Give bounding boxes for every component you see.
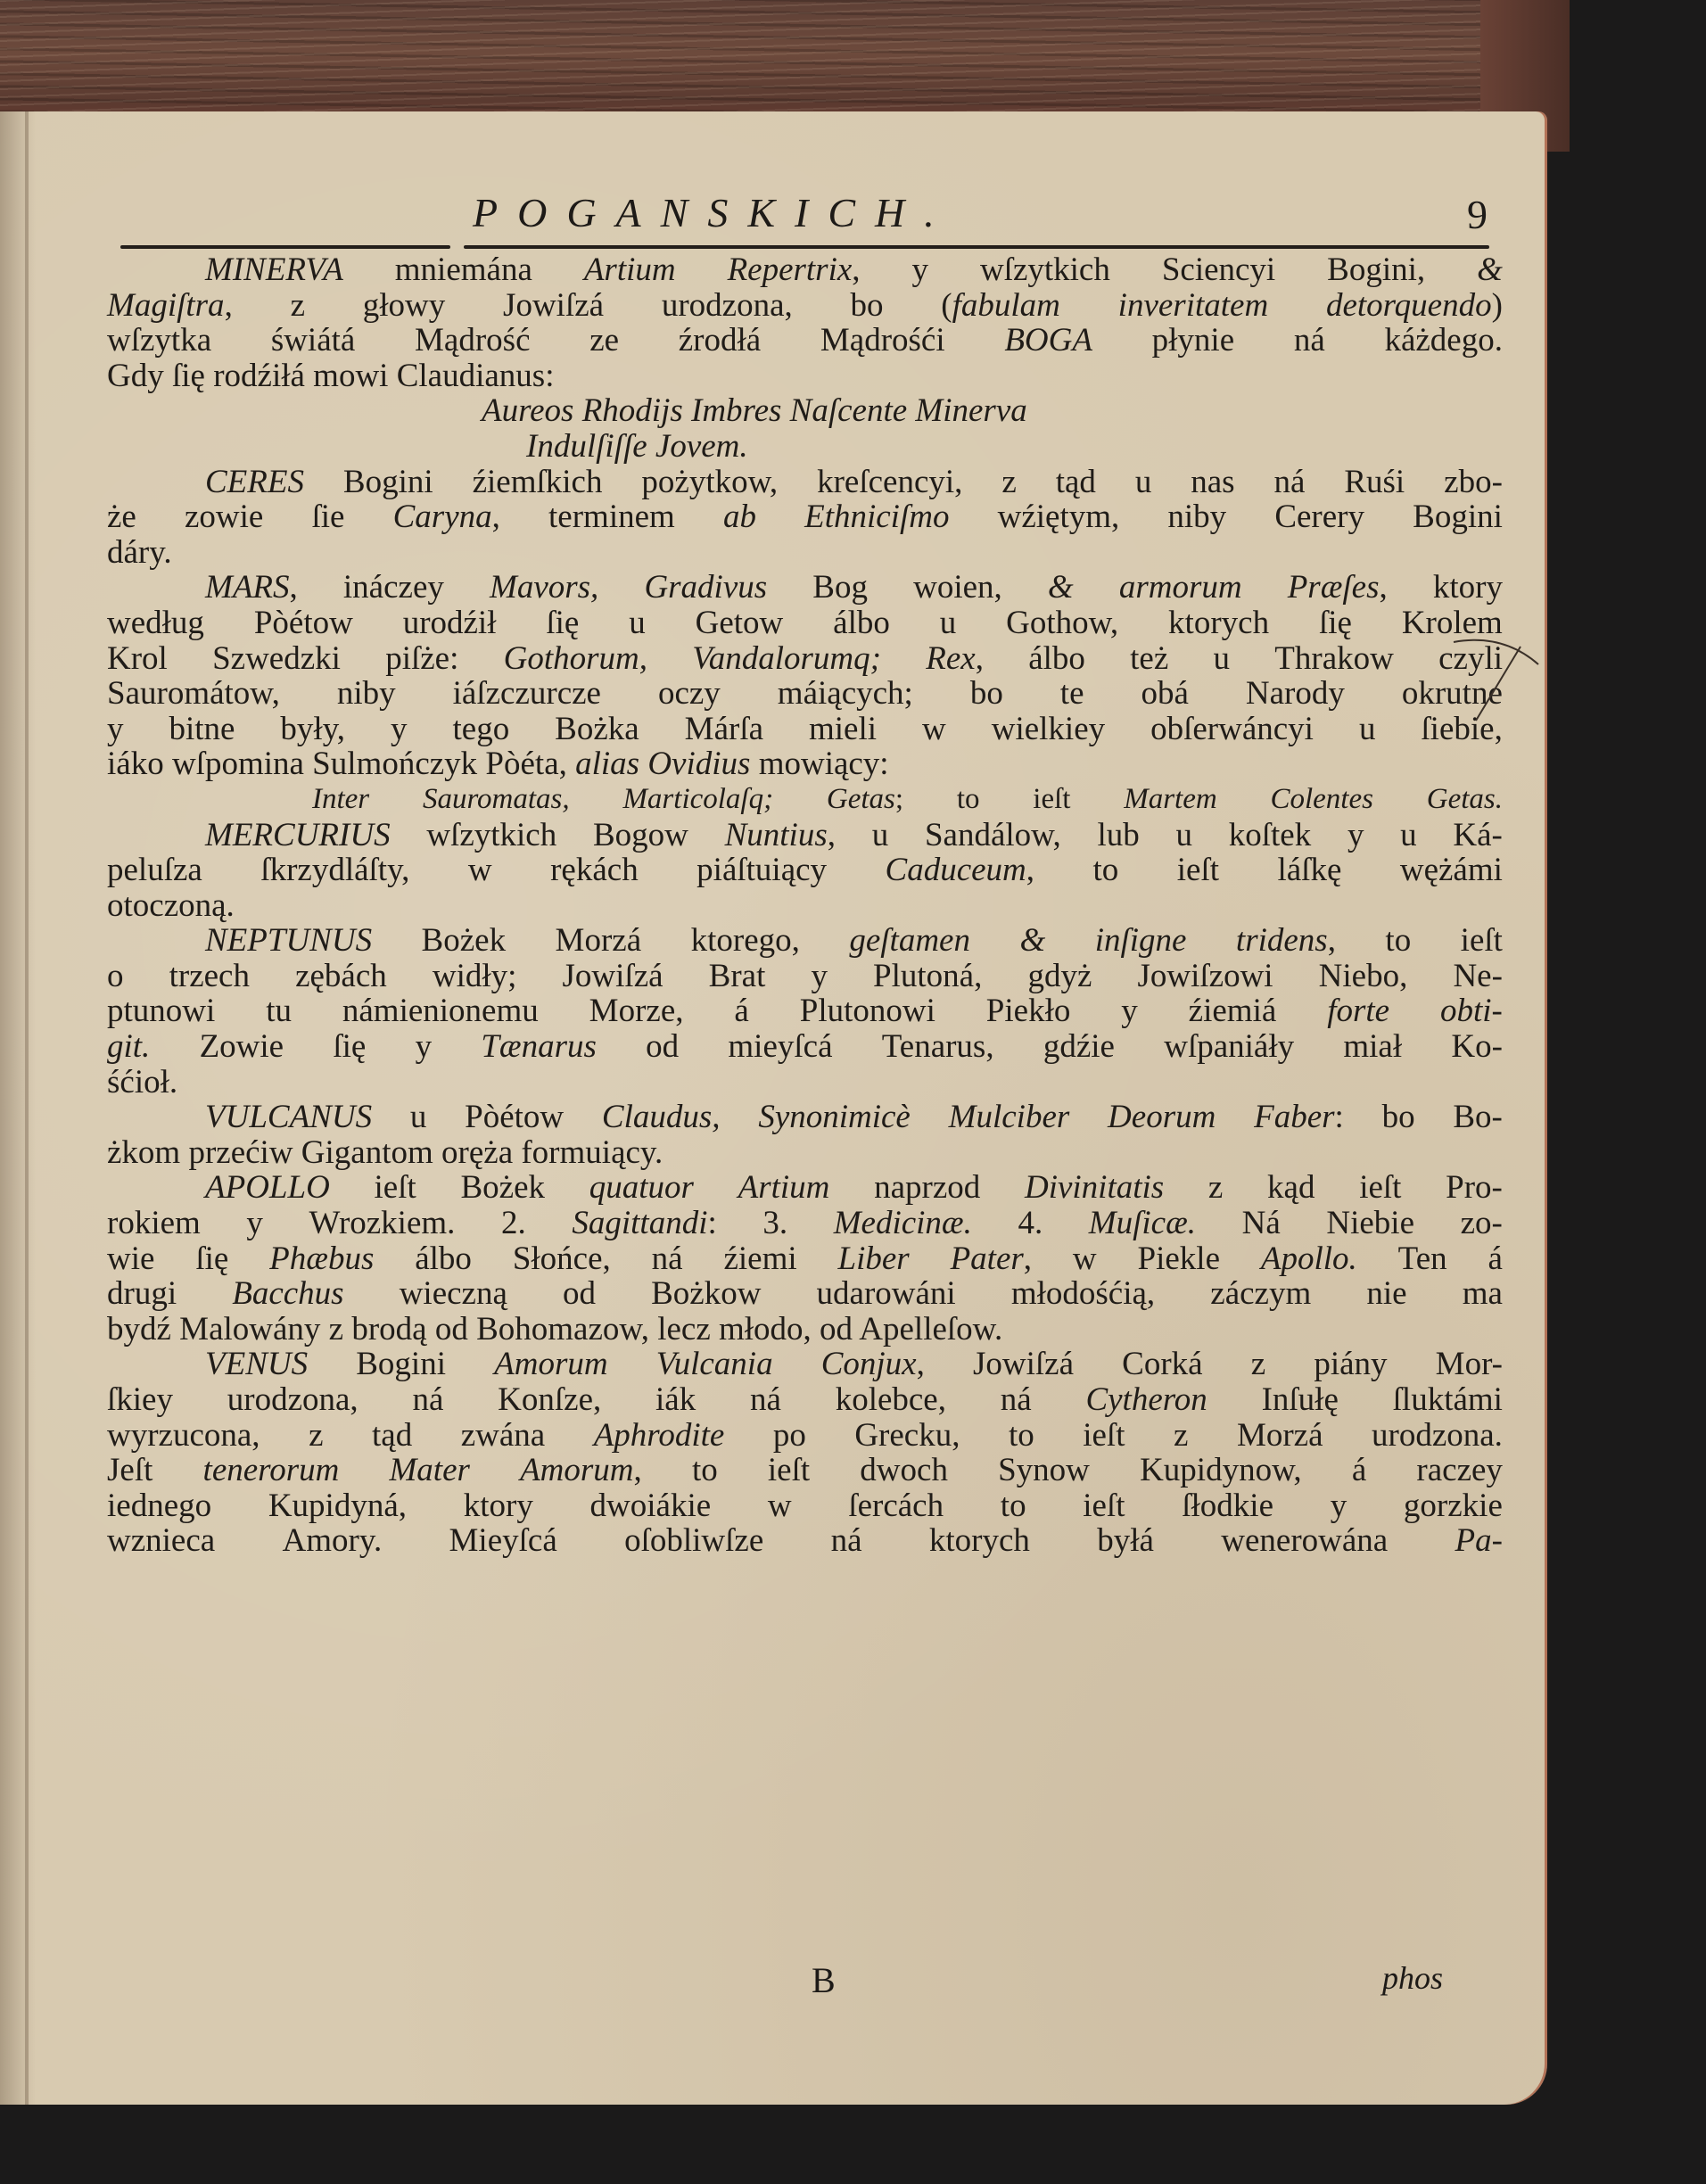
- word: Artium: [584, 252, 676, 288]
- word: gdyż: [1027, 959, 1092, 994]
- word: armorum: [1119, 570, 1242, 606]
- word: y: [1121, 993, 1138, 1029]
- word: námienionemu: [342, 993, 539, 1029]
- polish-text: żkom przećiw Gigantom oręża formuiący.: [107, 1135, 663, 1171]
- page-gutter-shadow: [0, 111, 36, 2105]
- word: y: [1331, 1488, 1347, 1524]
- text-line: Aureos Rhodijs Imbres Naſcente Minerva: [107, 393, 1503, 429]
- word: MINERVA: [205, 252, 343, 288]
- word: 3.: [762, 1206, 787, 1241]
- word: Caduceum,: [886, 853, 1035, 888]
- text-line: otrzechzębáchwidły;JowiſzáBratyPlutoná,g…: [107, 959, 1503, 994]
- word: Bożka: [555, 712, 639, 747]
- word: Ethniciſmo: [804, 499, 949, 535]
- word: Grecku,: [854, 1418, 960, 1454]
- word: Mavors,: [490, 570, 598, 606]
- text-line: Indulſiſſe Jovem.: [107, 429, 1503, 465]
- word: Jowiſzá: [563, 959, 663, 994]
- word: detorquendo): [1326, 288, 1503, 324]
- page-gutter-fold: [25, 111, 29, 2105]
- word: peluſza: [107, 853, 202, 888]
- text-line: śćioł.: [107, 1065, 1503, 1100]
- text-line: MERCURIUSwſzytkichBogowNuntius,uSandálow…: [107, 818, 1503, 853]
- word: iák: [655, 1382, 696, 1418]
- word: Konſze,: [498, 1382, 601, 1418]
- text-line: żkom przećiw Gigantom oręża formuiący.: [107, 1135, 1503, 1171]
- text-line: VULCANUSuPòétowClaudus,SynonimicèMulcibe…: [107, 1100, 1503, 1135]
- word: Niebo,: [1319, 959, 1408, 994]
- word: kąd: [1267, 1170, 1315, 1206]
- word: w: [1073, 1241, 1097, 1277]
- word: Conjux,: [821, 1347, 925, 1382]
- text-line: ybitnebyły,ytegoBożkaMárſamieliwwielkiey…: [107, 712, 1503, 747]
- word: Piekło: [986, 993, 1071, 1029]
- word: tridens,: [1236, 923, 1336, 959]
- word: Zowie: [200, 1029, 284, 1065]
- word: obá: [1141, 676, 1188, 712]
- word: wznieca: [107, 1523, 215, 1559]
- word: Inſułę: [1262, 1382, 1339, 1418]
- word: u: [872, 818, 889, 853]
- text-line: Magiſtra,zgłowyJowiſzáurodzona,bo(fabula…: [107, 288, 1503, 324]
- word: te: [1060, 676, 1084, 712]
- word: miał: [1343, 1029, 1402, 1065]
- word: z: [1001, 465, 1016, 500]
- word: wźiętym,: [998, 499, 1120, 535]
- word: u: [629, 606, 646, 641]
- word: Pòétow: [465, 1100, 564, 1135]
- word: Bogini: [356, 1347, 446, 1382]
- word: obti-: [1440, 993, 1503, 1029]
- word: Kupidynow,: [1140, 1453, 1302, 1488]
- word: to: [692, 1453, 718, 1488]
- word: Ruśi: [1344, 465, 1405, 500]
- signature-mark: B: [812, 1959, 836, 2001]
- word: ze: [589, 323, 619, 359]
- word: Inter: [312, 782, 369, 818]
- word: MARS,: [205, 570, 298, 606]
- word: Pa-: [1455, 1523, 1503, 1559]
- word: u: [1214, 641, 1231, 677]
- polish-text: iáko wſpomina Sulmończyk Pòéta,: [107, 746, 575, 782]
- word: Bog: [812, 570, 868, 606]
- polish-text: mowiący:: [750, 746, 888, 782]
- word: to: [1009, 1418, 1034, 1454]
- word: wyrzucona,: [107, 1418, 260, 1454]
- word: tąd: [1056, 465, 1096, 500]
- word: Magiſtra,: [107, 288, 233, 324]
- word: ktorych: [929, 1523, 1030, 1559]
- word: od: [646, 1029, 679, 1065]
- word: Mor-: [1436, 1347, 1503, 1382]
- word: piáſtuiący: [696, 853, 827, 888]
- word: VULCANUS: [205, 1100, 372, 1135]
- word: niby: [1167, 499, 1226, 535]
- word: Getow: [696, 606, 784, 641]
- word: ſię: [546, 606, 579, 641]
- word: źiemſkich: [473, 465, 603, 500]
- word: Morzá: [1237, 1418, 1323, 1454]
- word: Repertrix,: [728, 252, 861, 288]
- word: iednego: [107, 1488, 211, 1524]
- word: niby: [337, 676, 396, 712]
- word: forte: [1327, 993, 1389, 1029]
- word: Jeſt: [107, 1453, 152, 1488]
- word: á: [1488, 1241, 1503, 1277]
- word: mieyſcá: [728, 1029, 832, 1065]
- word: u: [410, 1100, 427, 1135]
- word: drugi: [107, 1276, 177, 1312]
- latin-italic-text: alias Ovidius: [575, 746, 750, 782]
- word: Mulciber: [949, 1100, 1070, 1135]
- word: głowy: [363, 288, 446, 324]
- word: Liber: [838, 1241, 910, 1277]
- word: &: [1477, 252, 1503, 288]
- word: quatuor: [589, 1170, 694, 1206]
- word: Niebie: [1326, 1206, 1414, 1241]
- word: ktory: [464, 1488, 533, 1524]
- word: máiących;: [778, 676, 913, 712]
- word: wieczną: [400, 1276, 507, 1312]
- word: Gothorum,: [504, 641, 647, 677]
- word: Gothow,: [1006, 606, 1118, 641]
- word: (fabulam: [941, 288, 1060, 324]
- word: Ná: [1242, 1206, 1281, 1241]
- word: piány: [1314, 1347, 1387, 1382]
- text-line: ptunowitunámienionemuMorze,áPlutonowiPie…: [107, 993, 1503, 1029]
- word: bo: [1382, 1100, 1415, 1135]
- word: á: [734, 993, 748, 1029]
- word: Tenarus,: [882, 1029, 994, 1065]
- word: Ko-: [1451, 1029, 1503, 1065]
- word: Amorum: [494, 1347, 607, 1382]
- word: wſpaniáły: [1164, 1029, 1294, 1065]
- text-line: peluſzaſkrzydláſty,wrękáchpiáſtuiącyCadu…: [107, 853, 1503, 888]
- word: to: [957, 782, 980, 818]
- word: Wrozkiem.: [309, 1206, 456, 1241]
- word: Krol: [107, 641, 168, 677]
- text-line: Gdy ſię rodźiłá mowi Claudianus:: [107, 359, 1503, 394]
- polish-text: otoczoną.: [107, 888, 235, 924]
- word: Martem: [1124, 782, 1216, 818]
- text-line: wieſięPhæbusálboSłońce,náźiemiLiberPater…: [107, 1241, 1503, 1277]
- word: kolebce,: [836, 1382, 946, 1418]
- word: Ká-: [1453, 818, 1502, 853]
- word: woien,: [913, 570, 1002, 606]
- word: Mieyſcá: [449, 1523, 557, 1559]
- word: Pater,: [951, 1241, 1032, 1277]
- word: urodźił: [403, 606, 497, 641]
- word: ſluktámi: [1393, 1382, 1503, 1418]
- word: Kupidyná,: [268, 1488, 407, 1524]
- text-line: wyrzucona,ztądzwánaAphroditepoGrecku,toi…: [107, 1418, 1503, 1454]
- word: APOLLO: [205, 1170, 330, 1206]
- word: źiemi: [723, 1241, 796, 1277]
- word: gdźie: [1043, 1029, 1115, 1065]
- word: &: [1048, 570, 1074, 606]
- word: Præſes,: [1288, 570, 1388, 606]
- text-line: MINERVAmniemánaArtiumRepertrix,ywſzytkic…: [107, 252, 1503, 288]
- word: z: [1251, 1347, 1265, 1382]
- word: świátá: [271, 323, 356, 359]
- word: zwána: [461, 1418, 546, 1454]
- text-line: KrolSzwedzkipiſże:Gothorum,Vandalorumq;R…: [107, 641, 1503, 677]
- word: ſię: [1319, 606, 1352, 641]
- word: á: [1352, 1453, 1366, 1488]
- word: oſobliwſze: [624, 1523, 763, 1559]
- word: w: [468, 853, 492, 888]
- word: y: [416, 1029, 433, 1065]
- word: Synonimicè: [758, 1100, 911, 1135]
- word: Vandalorumq;: [692, 641, 881, 677]
- word: nie: [1366, 1276, 1406, 1312]
- word: Colentes: [1270, 782, 1372, 818]
- word: Getas;: [827, 782, 903, 818]
- word: ieſt: [768, 1453, 810, 1488]
- word: záczym: [1210, 1276, 1311, 1312]
- word: że: [107, 499, 136, 535]
- word: obſerwáncyi: [1150, 712, 1314, 747]
- word: tu: [266, 993, 292, 1029]
- text-line: iednegoKupidyná,ktorydwoiákiewſercáchtoi…: [107, 1488, 1503, 1524]
- word: tego: [453, 712, 510, 747]
- word: raczey: [1416, 1453, 1503, 1488]
- word: Morze,: [589, 993, 684, 1029]
- word: Bogini,: [1327, 252, 1425, 288]
- word: tąd: [372, 1418, 412, 1454]
- polish-text: Gdy ſię rodźiłá mowi Claudianus:: [107, 359, 554, 394]
- word: &: [1019, 923, 1045, 959]
- word: Jowiſzá: [503, 288, 604, 324]
- word: ktorych: [1168, 606, 1269, 641]
- text-line: wſzytkaświátáMądrośćzeźrodłáMądrośćiBOGA…: [107, 323, 1503, 359]
- word: Vulcania: [656, 1347, 773, 1382]
- word: kreſcencyi,: [817, 465, 962, 500]
- word: Mądrość: [415, 323, 530, 359]
- word: u: [1175, 818, 1192, 853]
- text-line: dáry.: [107, 535, 1503, 571]
- word: wie: [107, 1241, 154, 1277]
- text-line: VENUSBoginiAmorumVulcaniaConjux,JowiſzáC…: [107, 1347, 1503, 1382]
- word: zębách: [295, 959, 387, 994]
- word: álbo: [1028, 641, 1085, 677]
- word: źrodłá: [679, 323, 761, 359]
- word: 2.: [501, 1206, 526, 1241]
- word: z: [291, 288, 305, 324]
- word: płynie: [1152, 323, 1234, 359]
- word: ináczey: [343, 570, 444, 606]
- word: urodzona,: [227, 1382, 359, 1418]
- word: Aphrodite: [594, 1418, 725, 1454]
- polish-text: bydź Malowány z brodą od Bohomazow, lecz…: [107, 1312, 1002, 1347]
- word: Gradivus: [644, 570, 767, 606]
- word: 4.: [1018, 1206, 1043, 1241]
- word: według: [107, 606, 204, 641]
- word: ieſt: [1033, 782, 1070, 818]
- word: ieſt: [1359, 1170, 1401, 1206]
- word: ktorego,: [691, 923, 800, 959]
- word: u: [1359, 712, 1376, 747]
- word: bitne: [169, 712, 235, 747]
- page-number: 9: [1467, 191, 1488, 238]
- word: dwoiákie: [590, 1488, 712, 1524]
- word: Márſa: [685, 712, 763, 747]
- word: z: [1208, 1170, 1223, 1206]
- word: wſzytka: [107, 323, 211, 359]
- word: Słońce,: [513, 1241, 611, 1277]
- word: Caryna,: [393, 499, 500, 535]
- word: ſię: [195, 1241, 228, 1277]
- word: w: [768, 1488, 792, 1524]
- word: CERES: [205, 465, 304, 500]
- head-rule-right: [464, 245, 1489, 249]
- word: Bogini: [1413, 499, 1503, 535]
- word: Sandálow,: [925, 818, 1061, 853]
- word: Claudus,: [602, 1100, 721, 1135]
- word: Bogow: [593, 818, 688, 853]
- word: ná: [1294, 323, 1325, 359]
- word: ſkiey: [107, 1382, 173, 1418]
- word: Bacchus: [232, 1276, 343, 1312]
- word: ieſt: [1083, 1488, 1125, 1524]
- word: Morzá: [556, 923, 642, 959]
- word: ſercách: [848, 1488, 944, 1524]
- text-line: wzniecaAmory.Mieyſcáoſobliwſzenáktorychb…: [107, 1523, 1503, 1559]
- word: wſzytkich: [980, 252, 1110, 288]
- word: oczy: [658, 676, 721, 712]
- text-line: Sauromátow,nibyiáſzczurczeoczymáiących;b…: [107, 676, 1503, 712]
- word: y: [912, 252, 929, 288]
- word: ſie: [312, 499, 345, 535]
- word: lub: [1097, 818, 1139, 853]
- text-line: JeſttenerorumMaterAmorum,toieſtdwochSyno…: [107, 1453, 1503, 1488]
- text-line: CERESBoginiźiemſkichpożytkow,kreſcencyi,…: [107, 465, 1503, 500]
- word: ná: [750, 1382, 781, 1418]
- word: Bogini: [343, 465, 433, 500]
- word: to: [1093, 853, 1119, 888]
- word: dwoch: [860, 1453, 948, 1488]
- word: y: [246, 1206, 263, 1241]
- word: Sciencyi: [1162, 252, 1275, 288]
- word: nas: [1191, 465, 1234, 500]
- running-head: POGANSKICH. 9: [0, 189, 1547, 243]
- word: Bożkow: [651, 1276, 761, 1312]
- word: piſże:: [385, 641, 458, 677]
- word: urodzona.: [1372, 1418, 1503, 1454]
- word: udarowáni: [817, 1276, 956, 1312]
- pen-mark-annotation: [1449, 615, 1547, 722]
- text-line: żezowieſieCaryna,terminemabEthniciſmowźi…: [107, 499, 1503, 535]
- word: Pro-: [1446, 1170, 1503, 1206]
- word: też: [1130, 641, 1168, 677]
- word: mniemána: [395, 252, 532, 288]
- word: w: [922, 712, 946, 747]
- word: ná: [652, 1241, 683, 1277]
- word: źiemiá: [1189, 993, 1277, 1029]
- word: Brat: [709, 959, 766, 994]
- word: Artium: [738, 1170, 830, 1206]
- word: zo-: [1461, 1206, 1503, 1241]
- text-line: drugiBacchuswiecznąodBożkowudarowánimłod…: [107, 1276, 1503, 1312]
- word: wężámi: [1400, 853, 1503, 888]
- word: od: [563, 1276, 596, 1312]
- latin-italic-text: Indulſiſſe Jovem.: [526, 429, 748, 465]
- word: Marticolaſq;: [622, 782, 773, 818]
- word: Plutoná,: [873, 959, 982, 994]
- body-text: MINERVAmniemánaArtiumRepertrix,ywſzytkic…: [107, 252, 1503, 1559]
- word: z: [309, 1418, 323, 1454]
- word: ſię: [333, 1029, 366, 1065]
- word: ptunowi: [107, 993, 215, 1029]
- running-head-title: POGANSKICH.: [473, 189, 954, 236]
- word: Bo-: [1453, 1100, 1503, 1135]
- word: inveritatem: [1118, 288, 1269, 324]
- word: Getas.: [1427, 782, 1503, 818]
- word: git.: [107, 1029, 150, 1065]
- word: Szwedzki: [212, 641, 341, 677]
- word: Cerery: [1274, 499, 1364, 535]
- word: to: [1385, 923, 1411, 959]
- head-rule-left: [120, 245, 450, 249]
- word: ieſt: [1177, 853, 1219, 888]
- word: Thrakow: [1274, 641, 1394, 677]
- word: ná: [412, 1382, 443, 1418]
- word: Jowiſzá: [973, 1347, 1074, 1382]
- text-line: rokiemyWrozkiem.2.Sagittandi:3.Medicinæ.…: [107, 1206, 1503, 1241]
- word: rokiem: [107, 1206, 201, 1241]
- word: MERCURIUS: [205, 818, 391, 853]
- text-line: ſkieyurodzona,náKonſze,iáknákolebce,náCy…: [107, 1382, 1503, 1418]
- word: NEPTUNUS: [205, 923, 372, 959]
- text-line: NEPTUNUSBożekMorzáktorego,geſtamen&inſig…: [107, 923, 1503, 959]
- word: Rex,: [926, 641, 984, 677]
- polish-text: śćioł.: [107, 1065, 177, 1100]
- word: młodośćią,: [1011, 1276, 1155, 1312]
- text-line: APOLLOieſtBożekquatuorArtiumnaprzodDivin…: [107, 1170, 1503, 1206]
- word: Bożek: [460, 1170, 545, 1206]
- word: wenerowána: [1221, 1523, 1388, 1559]
- word: Ne-: [1453, 959, 1502, 994]
- word: pożytkow,: [641, 465, 778, 500]
- word: rękách: [550, 853, 639, 888]
- word: Sauromátow,: [107, 676, 280, 712]
- word: ma: [1463, 1276, 1503, 1312]
- word: u: [940, 606, 957, 641]
- word: koſtek: [1229, 818, 1311, 853]
- word: Pòétow: [254, 606, 353, 641]
- word: urodzona,: [662, 288, 793, 324]
- text-line: wedługPòétowurodźiłſięuGetowálbouGothow,…: [107, 606, 1503, 641]
- word: Divinitatis: [1025, 1170, 1164, 1206]
- word: Faber:: [1254, 1100, 1344, 1135]
- word: bo: [851, 288, 884, 324]
- polish-text: dáry.: [107, 535, 172, 571]
- word: ktory: [1433, 570, 1503, 606]
- word: inſigne: [1095, 923, 1187, 959]
- word: byłá: [1097, 1523, 1154, 1559]
- text-line: MARS,ináczeyMavors,GradivusBogwoien,&arm…: [107, 570, 1503, 606]
- word: y: [811, 959, 828, 994]
- word: bo: [970, 676, 1003, 712]
- word: y: [107, 712, 124, 747]
- word: u: [1400, 818, 1417, 853]
- word: káżdego.: [1384, 323, 1503, 359]
- word: ieſt: [375, 1170, 416, 1206]
- word: mieli: [809, 712, 877, 747]
- word: Deorum: [1108, 1100, 1216, 1135]
- word: gorzkie: [1404, 1488, 1503, 1524]
- text-line: git.ZowieſięyTænarusodmieyſcáTenarus,gdź…: [107, 1029, 1503, 1065]
